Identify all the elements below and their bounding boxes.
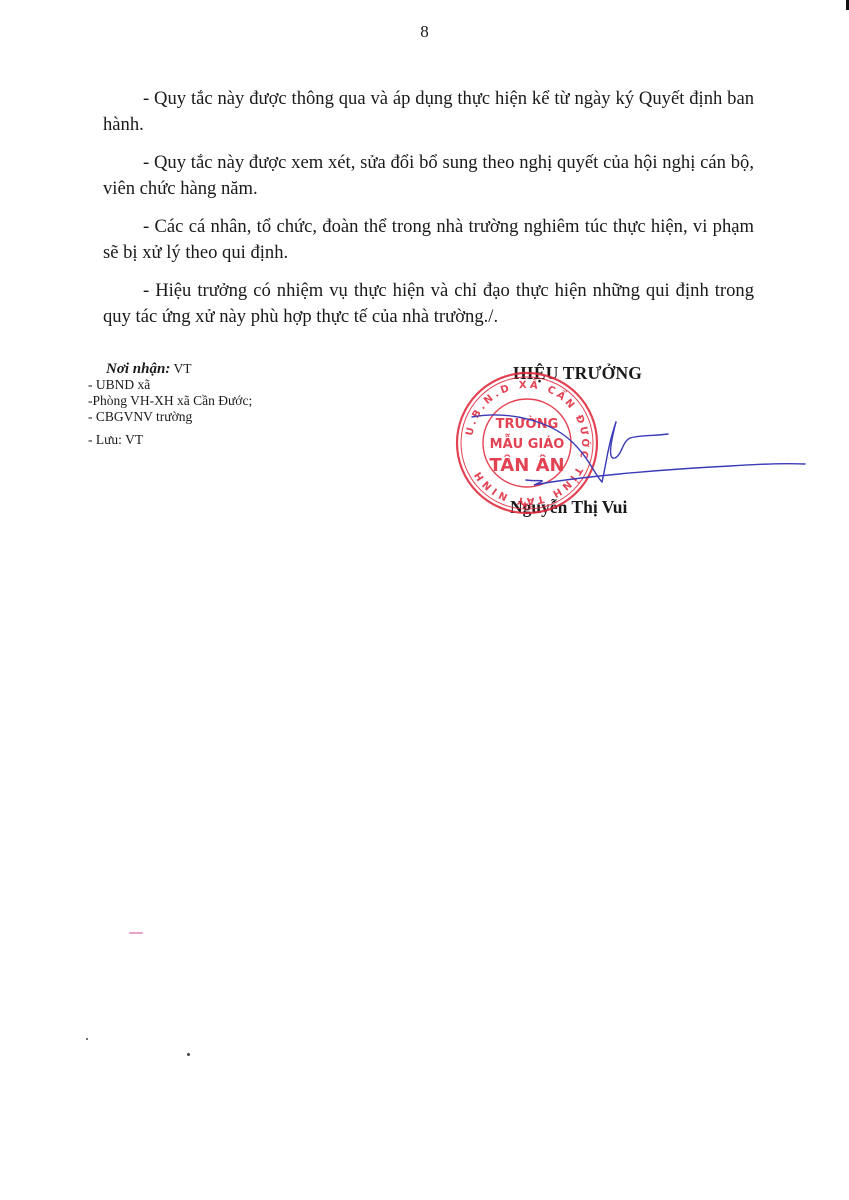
paragraph-effective-date: - Quy tắc này được thông qua và áp dụng … (103, 86, 754, 138)
page-number: 8 (0, 22, 849, 42)
scan-ink-mark (129, 932, 143, 934)
recipient-archive: - Lưu: VT (88, 432, 252, 448)
paragraph-principal-duty: - Hiệu trưởng có nhiệm vụ thực hiện và c… (103, 278, 754, 330)
paragraph-amendment: - Quy tắc này được xem xét, sửa đổi bổ s… (103, 150, 754, 202)
signature-block: HIỆU TRƯỞNG U.B.N.D XÃ CẦN ĐƯỚC TỈNH TÂY… (470, 360, 700, 530)
recipients-label-suffix: VT (170, 361, 191, 376)
scan-speck (187, 1053, 190, 1056)
document-body: - Quy tắc này được thông qua và áp dụng … (103, 86, 754, 342)
scan-speck (86, 1038, 88, 1040)
paragraph-compliance: - Các cá nhân, tổ chức, đoàn thể trong n… (103, 214, 754, 266)
recipient-item: - CBGVNV trường (88, 409, 252, 425)
handwritten-signature-icon (470, 360, 810, 530)
recipients-block: Nơi nhận: VT - UBND xã -Phòng VH-XH xã C… (88, 361, 252, 448)
recipients-heading: Nơi nhận: VT (88, 361, 252, 377)
recipient-item: -Phòng VH-XH xã Cần Đước; (88, 393, 252, 409)
recipients-label: Nơi nhận: (106, 361, 170, 377)
recipient-item: - UBND xã (88, 377, 252, 393)
